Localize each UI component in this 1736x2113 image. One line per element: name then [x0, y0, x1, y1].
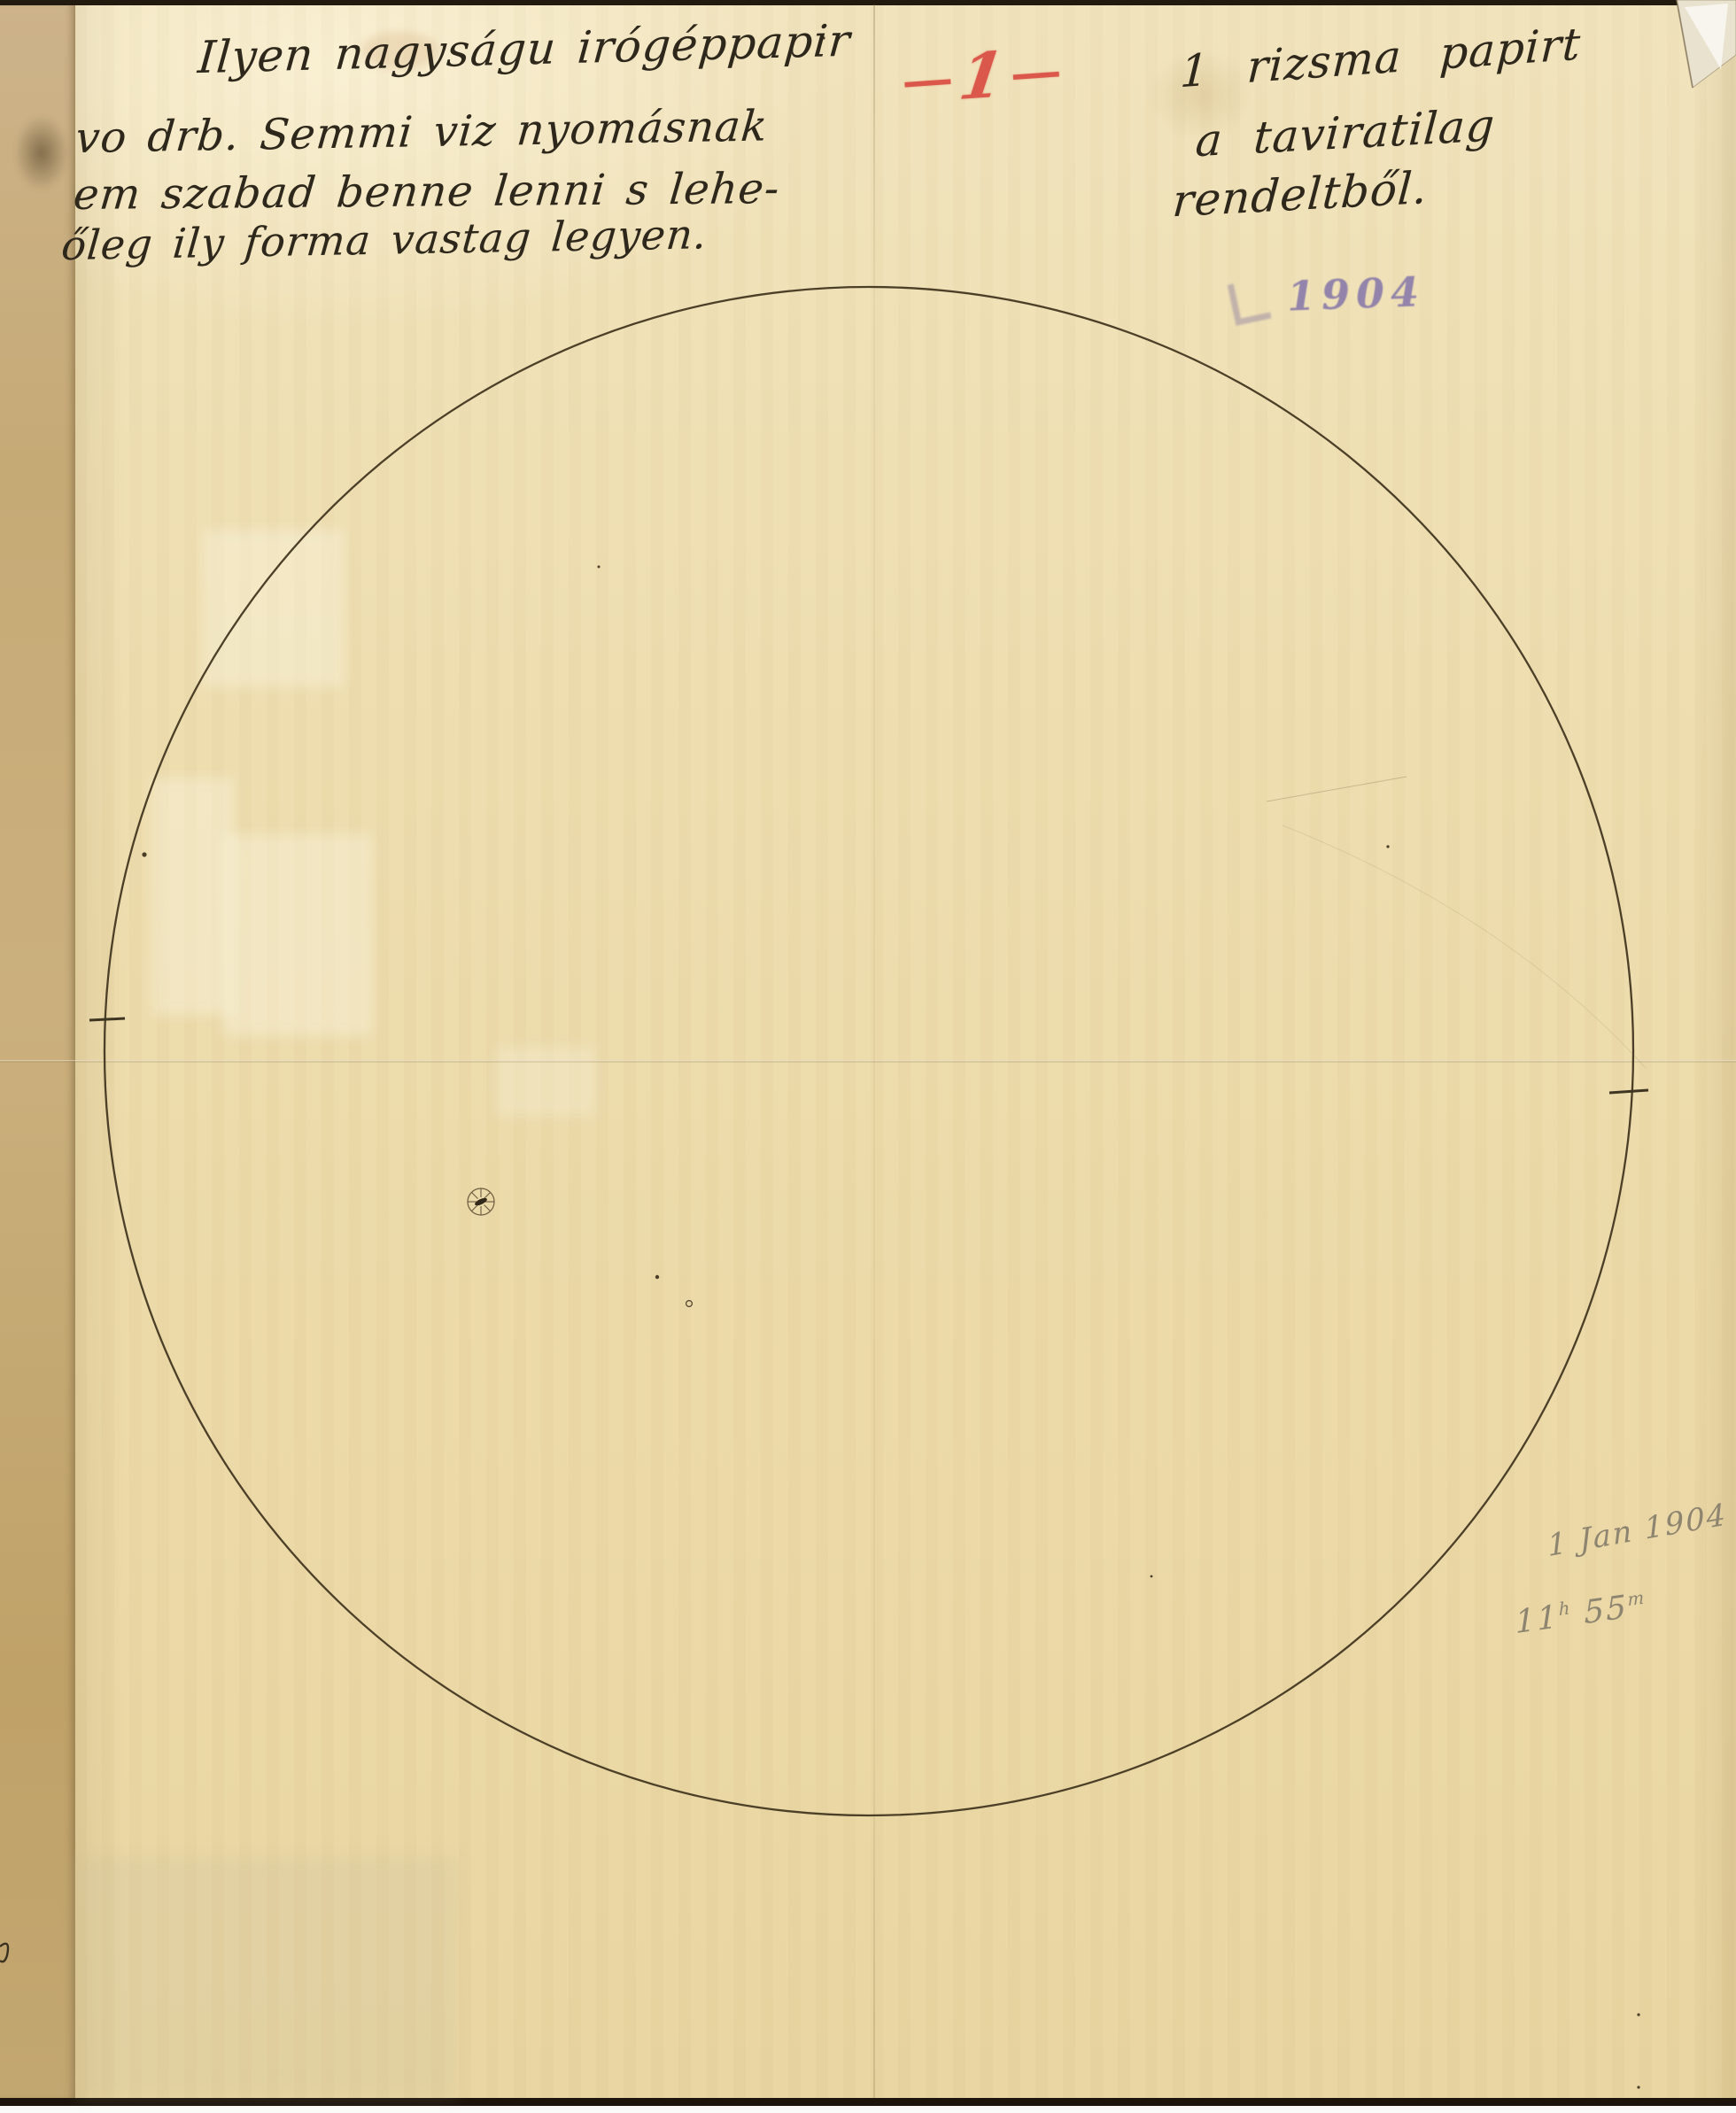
page-number-digit: 1 — [955, 37, 1008, 114]
time-hours-unit: h — [1558, 1598, 1571, 1620]
time-minutes: 55 — [1584, 1589, 1629, 1631]
small-ink-ring — [686, 1301, 693, 1307]
page-number: — 1 — — [899, 34, 1064, 118]
right-orientation-tick — [1609, 1090, 1648, 1093]
year-stamp-text: 1904 — [1286, 267, 1426, 320]
sun-disk-drawing — [0, 0, 1736, 2113]
left-orientation-tick — [89, 1018, 125, 1020]
stamp-smudge — [1228, 277, 1272, 325]
edge-ink-mark — [0, 1944, 8, 1962]
page-number-dash: — — [900, 54, 955, 105]
page-number-dash: — — [1009, 46, 1064, 97]
sunspot-sketch — [468, 1188, 494, 1215]
sun-disk-circle — [105, 287, 1633, 1815]
time-hours: 11 — [1515, 1598, 1560, 1641]
scratch-line — [1267, 777, 1407, 801]
paper-specks — [142, 36, 1639, 2088]
scratch-line — [1283, 825, 1646, 1068]
year-stamp: 1904 — [1230, 267, 1426, 323]
scanned-document-page: Ilyen nagyságu irógéppapir vo drb. Semmi… — [0, 0, 1736, 2113]
time-minutes-unit: m — [1627, 1587, 1646, 1610]
folded-corner — [1677, 0, 1736, 88]
